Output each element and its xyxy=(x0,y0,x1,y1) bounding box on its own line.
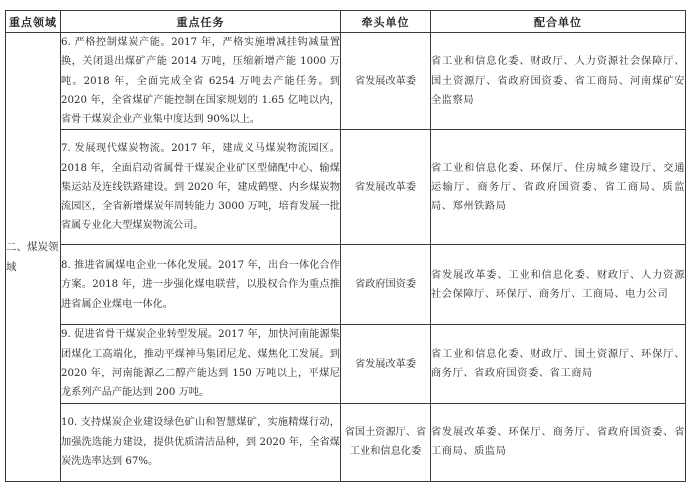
lead-cell: 省发展改革委 xyxy=(341,325,431,403)
lead-cell: 省发展改革委 xyxy=(341,33,431,130)
table-row: 10. 支持煤炭企业建设绿色矿山和智慧煤矿，实施精煤行动，加强洗选能力建设，提供… xyxy=(6,403,686,481)
task-cell: 6. 严格控制煤炭产能。2017 年，严格实施增减挂钩减量置换，关闭退出煤矿产能… xyxy=(61,33,341,130)
header-area: 重点领域 xyxy=(6,11,61,33)
coop-cell: 省发展改革委、环保厅、商务厅、省政府国资委、省工商局、质监局 xyxy=(431,403,686,481)
header-lead: 牵头单位 xyxy=(341,11,431,33)
table-row: 9. 促进省骨干煤炭企业转型发展。2017 年，加快河南能源集团煤化工高端化，推… xyxy=(6,325,686,403)
area-cell: 二、煤炭领域 xyxy=(6,33,61,482)
header-row: 重点领域 重点任务 牵头单位 配合单位 xyxy=(6,11,686,33)
table-row: 8. 推进省属煤电企业一体化发展。2017 年，出台一体化合作方案。2018 年… xyxy=(6,245,686,325)
task-cell: 10. 支持煤炭企业建设绿色矿山和智慧煤矿，实施精煤行动，加强洗选能力建设，提供… xyxy=(61,403,341,481)
lead-cell: 省国土资源厅、省工业和信息化委 xyxy=(341,403,431,481)
table-row: 二、煤炭领域 6. 严格控制煤炭产能。2017 年，严格实施增减挂钩减量置换，关… xyxy=(6,33,686,130)
lead-cell: 省发展改革委 xyxy=(341,130,431,245)
task-cell: 8. 推进省属煤电企业一体化发展。2017 年，出台一体化合作方案。2018 年… xyxy=(61,245,341,325)
coop-cell: 省工业和信息化委、环保厅、住房城乡建设厅、交通运输厅、商务厅、省政府国资委、省工… xyxy=(431,130,686,245)
lead-cell: 省政府国资委 xyxy=(341,245,431,325)
coop-cell: 省发展改革委、工业和信息化委、财政厅、人力资源社会保障厅、环保厅、商务厅、工商局… xyxy=(431,245,686,325)
task-table: 重点领域 重点任务 牵头单位 配合单位 二、煤炭领域 6. 严格控制煤炭产能。2… xyxy=(5,10,686,482)
header-task: 重点任务 xyxy=(61,11,341,33)
task-cell: 7. 发展现代煤炭物流。2017 年，建成义马煤炭物流园区。2018 年，全面启… xyxy=(61,130,341,245)
header-coop: 配合单位 xyxy=(431,11,686,33)
coop-cell: 省工业和信息化委、财政厅、国土资源厅、环保厅、商务厅、省政府国资委、省工商局 xyxy=(431,325,686,403)
table-row: 7. 发展现代煤炭物流。2017 年，建成义马煤炭物流园区。2018 年，全面启… xyxy=(6,130,686,245)
task-cell: 9. 促进省骨干煤炭企业转型发展。2017 年，加快河南能源集团煤化工高端化，推… xyxy=(61,325,341,403)
coop-cell: 省工业和信息化委、财政厅、人力资源社会保障厅、国土资源厅、省政府国资委、省工商局… xyxy=(431,33,686,130)
